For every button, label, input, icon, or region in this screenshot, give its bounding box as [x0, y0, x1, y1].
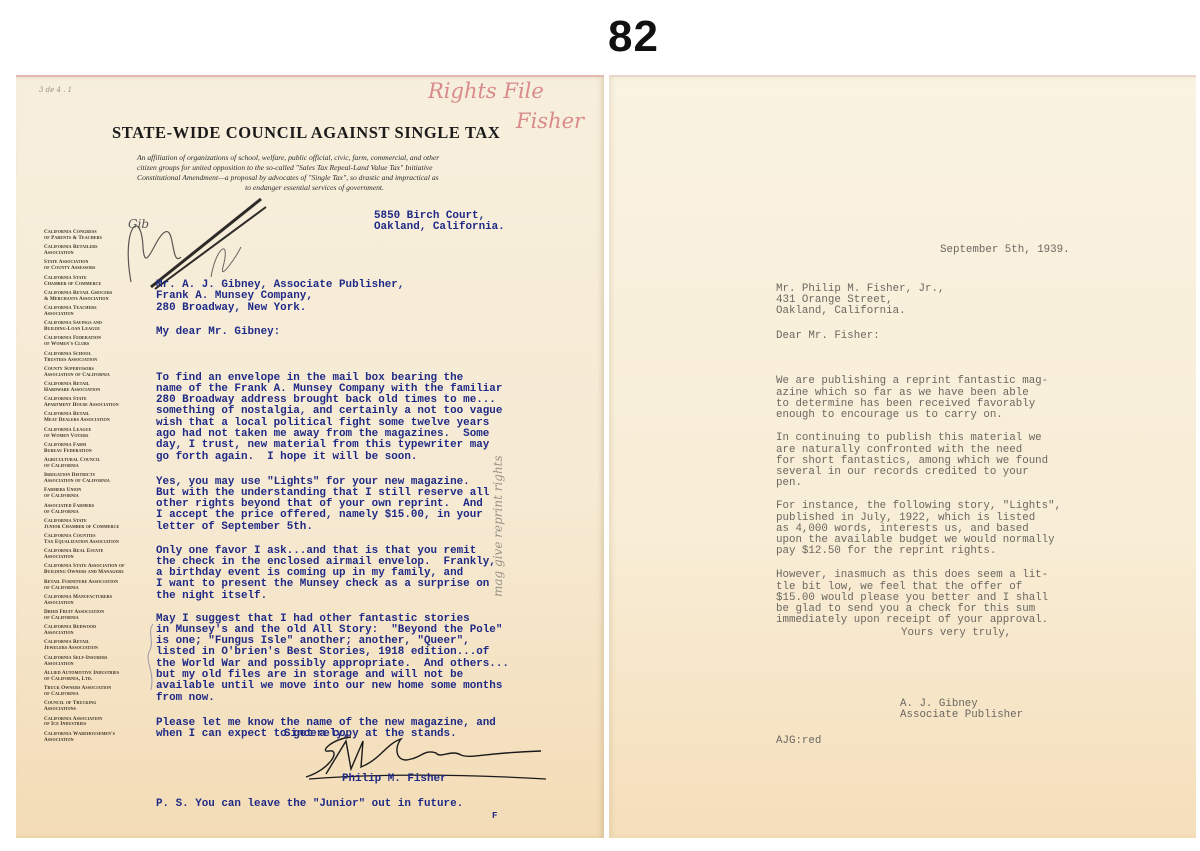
letterhead-subtitle-line: citizen groups for united opposition to …	[137, 163, 492, 173]
member-org: California Leagueof Women Voters	[44, 428, 156, 440]
letterhead-subtitle-line: Constitutional Amendment—a proposal by a…	[137, 173, 492, 183]
member-org: California RetailMeat Dealers Associatio…	[44, 412, 156, 424]
member-org: California Real EstateAssociation	[44, 549, 156, 561]
member-org: California RetailHardware Association	[44, 382, 156, 394]
member-org: California RetailersAssociation	[44, 245, 156, 257]
letter-date: September 5th, 1939.	[940, 245, 1070, 256]
member-org: California Congressof Parents & Teachers	[44, 230, 156, 242]
sender-address: 5850 Birch Court,Oakland, California.	[374, 211, 505, 234]
letter-gibney-page: September 5th, 1939. Mr. Philip M. Fishe…	[609, 75, 1196, 838]
member-org: Associated Farmersof California	[44, 504, 156, 516]
member-organizations-list: California Congressof Parents & Teachers…	[44, 230, 156, 747]
member-org: Irrigation DistrictsAssociation of Calif…	[44, 473, 156, 485]
member-org: Truck Owners Associationof California	[44, 686, 156, 698]
member-org: County SupervisorsAssociation of Califor…	[44, 367, 156, 379]
red-annotation-fisher: Fisher	[516, 109, 584, 133]
member-org: California RetailJewelers Association	[44, 640, 156, 652]
pencil-initials: Gib	[128, 217, 149, 231]
salutation: Dear Mr. Fisher:	[776, 331, 880, 342]
postscript: P. S. You can leave the "Junior" out in …	[156, 799, 463, 810]
member-org: California Savings andBuilding-Loan Leag…	[44, 321, 156, 333]
signer-block: A. J. GibneyAssociate Publisher	[900, 699, 1023, 721]
member-org: California Associationof Ice Industries	[44, 717, 156, 729]
initial-mark: F	[492, 811, 497, 822]
member-org: California StateJunior Chamber of Commer…	[44, 519, 156, 531]
member-org: California SchoolTrustees Association	[44, 352, 156, 364]
pencil-top-mark: 3 de 4 . 1	[39, 86, 72, 94]
page-number: 82	[608, 10, 659, 64]
member-org: Allied Automotive Industriesof Californi…	[44, 671, 156, 683]
member-org: California Self-InsurersAssociation	[44, 656, 156, 668]
member-org: California StateApartment House Associat…	[44, 397, 156, 409]
member-org: California TeachersAssociation	[44, 306, 156, 318]
member-org: California FarmBureau Federation	[44, 443, 156, 455]
letterhead-subtitle-line: An affiliation of organizations of schoo…	[137, 153, 492, 163]
member-org: California Warehousemen'sAssociation	[44, 732, 156, 744]
salutation: My dear Mr. Gibney:	[156, 327, 280, 338]
member-org: California ManufacturersAssociation	[44, 595, 156, 607]
member-org: Dried Fruit Associationof California	[44, 610, 156, 622]
signer-name: Philip M. Fisher	[342, 774, 447, 785]
member-org: Retail Furniture Associationof Californi…	[44, 580, 156, 592]
member-org: California RedwoodAssociation	[44, 625, 156, 637]
member-org: California Retail Grocers& Merchants Ass…	[44, 291, 156, 303]
recipient-address: Mr. A. J. Gibney, Associate Publisher,Fr…	[156, 280, 404, 314]
member-org: State Associationof County Assessors	[44, 260, 156, 272]
member-org: Council of TruckingAssociations	[44, 701, 156, 713]
bracket-mark-icon	[145, 622, 157, 692]
reference-initials: AJG:red	[776, 736, 821, 747]
member-org: California Federationof Women's Clubs	[44, 336, 156, 348]
member-org: California StateChamber of Commerce	[44, 276, 156, 288]
letterhead-title: STATE-WIDE COUNCIL AGAINST SINGLE TAX	[112, 123, 532, 143]
letter-fisher-page: 3 de 4 . 1 STATE-WIDE COUNCIL AGAINST SI…	[16, 75, 604, 838]
closing: Yours very truly,	[901, 628, 1011, 639]
pencil-margin-note: mag give reprint rights	[491, 455, 505, 597]
recipient-address: Mr. Philip M. Fisher, Jr.,431 Orange Str…	[776, 284, 944, 318]
member-org: California CountiesTax Equalization Asso…	[44, 534, 156, 546]
red-annotation-rights-file: Rights File	[428, 79, 544, 103]
member-org: California State Association ofBuilding …	[44, 564, 156, 576]
member-org: Agricultural Councilof California	[44, 458, 156, 470]
member-org: Farmers Unionof California	[44, 488, 156, 500]
